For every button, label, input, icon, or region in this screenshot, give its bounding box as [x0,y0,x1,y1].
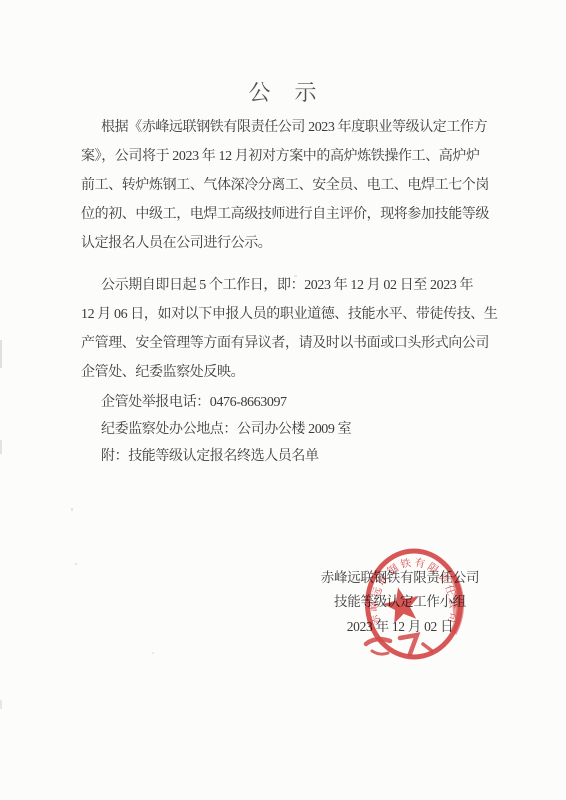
body-line: 认定报名人员在公司进行公示。 [81,235,271,253]
scan-artifact [75,563,77,565]
signature-company: 赤峰远联钢铁有限责任公司 [280,566,520,586]
body-line: 企管处、纪委监察处反映。 [81,364,244,382]
scan-artifact [0,340,2,368]
body-line: 根据《赤峰远联钢铁有限责任公司 2023 年度职业等级认定工作方 [101,119,487,137]
body-line: 位的初、中级工，电焊工高级技师进行自主评价，现将参加技能等级 [81,206,489,224]
body-line: 产管理、安全管理等方面有异议者，请及时以书面或口头形式向公司 [81,335,489,353]
page-title: 公 示 [0,76,566,107]
scan-artifact [152,652,154,654]
signature-group: 技能等级认定工作小组 [280,590,520,610]
phone-line: 企管处举报电话：0476-8663097 [101,394,287,412]
scan-artifact [294,275,297,277]
signature-date: 2023 年 12 月 02 日 [280,615,520,635]
body-line: 前工、转炉炼钢工、气体深冷分离工、安全员、电工、电焊工七个岗 [81,177,489,195]
notice-page: 公 示 根据《赤峰远联钢铁有限责任公司 2023 年度职业等级认定工作方 案》，… [0,0,566,800]
seal-ink-smudges [366,635,432,654]
attachment-line: 附：技能等级认定报名终选人员名单 [101,448,319,466]
office-line: 纪委监察处办公地点：公司办公楼 2009 室 [101,421,351,439]
body-line: 公示期自即日起 5 个工作日，即：2023 年 12 月 02 日至 2023 … [101,277,473,295]
body-line: 12 月 06 日，如对以下申报人员的职业道德、技能水平、带徒传技、生 [81,306,498,324]
scan-artifact [71,508,73,511]
scan-artifact [0,440,2,454]
scan-artifact [0,700,2,709]
body-line: 案》，公司将于 2023 年 12 月初对方案中的高炉炼铁操作工、高炉炉 [81,148,480,166]
